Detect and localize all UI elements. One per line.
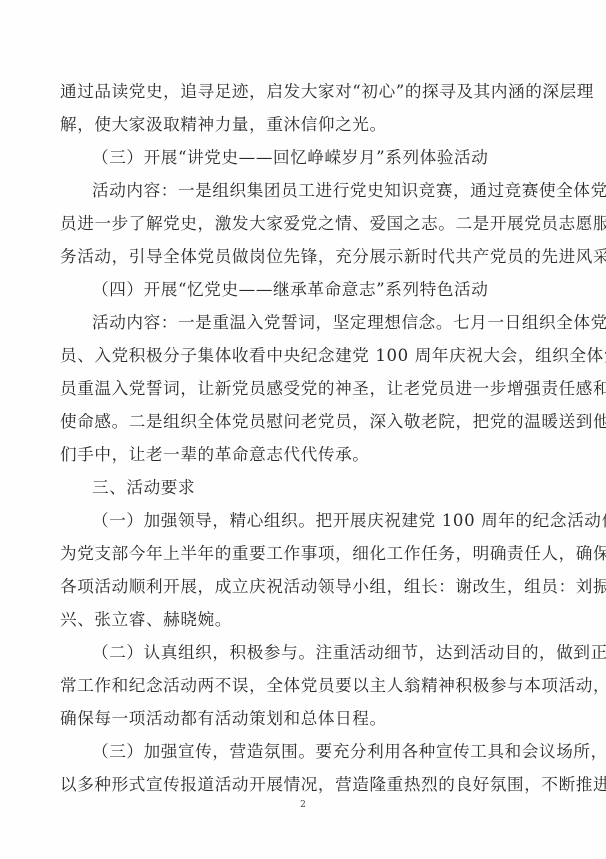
- text-line: 活动内容：一是重温入党誓词，坚定理想信念。七月一日组织全体党: [60, 306, 565, 339]
- text-line: 通过品读党史，追寻足迹，启发大家对“初心”的探寻及其内涵的深层理: [60, 75, 565, 108]
- text-line: （三）加强宣传，营造氛围。要充分利用各种宣传工具和会议场所，: [60, 735, 565, 768]
- text-line: 各项活动顺利开展，成立庆祝活动领导小组，组长：谢改生，组员：刘振: [60, 570, 565, 603]
- document-body: 通过品读党史，追寻足迹，启发大家对“初心”的探寻及其内涵的深层理 解，使大家汲取…: [60, 75, 565, 801]
- text-line: 确保每一项活动都有活动策划和总体日程。: [60, 702, 565, 735]
- document-page: 通过品读党史，追寻足迹，启发大家对“初心”的探寻及其内涵的深层理 解，使大家汲取…: [0, 0, 606, 859]
- text-line: （一）加强领导，精心组织。把开展庆祝建党 100 周年的纪念活动作: [60, 504, 565, 537]
- text-line: 员进一步了解党史，激发大家爱党之情、爱国之志。二是开展党员志愿服: [60, 207, 565, 240]
- text-line: 活动内容：一是组织集团员工进行党史知识竞赛，通过竞赛使全体党: [60, 174, 565, 207]
- text-line: 员重温入党誓词，让新党员感受党的神圣，让老党员进一步增强责任感和: [60, 372, 565, 405]
- text-line: 兴、张立睿、赫晓婉。: [60, 603, 565, 636]
- text-line: 以多种形式宣传报道活动开展情况，营造隆重热烈的良好氛围，不断推进: [60, 768, 565, 801]
- section-heading: （四）开展“忆党史——继承革命意志”系列特色活动: [60, 273, 565, 306]
- text-line: （二）认真组织，积极参与。注重活动细节，达到活动目的，做到正: [60, 636, 565, 669]
- text-line: 务活动，引导全体党员做岗位先锋，充分展示新时代共产党员的先进风采。: [60, 240, 565, 273]
- text-line: 解，使大家汲取精神力量，重沐信仰之光。: [60, 108, 565, 141]
- text-line: 员、入党积极分子集体收看中央纪念建党 100 周年庆祝大会，组织全体党: [60, 339, 565, 372]
- section-heading: 三、活动要求: [60, 471, 565, 504]
- text-line: 们手中，让老一辈的革命意志代代传承。: [60, 438, 565, 471]
- page-number: 2: [0, 800, 606, 810]
- text-line: 使命感。二是组织全体党员慰问老党员，深入敬老院，把党的温暖送到他: [60, 405, 565, 438]
- text-line: 为党支部今年上半年的重要工作事项，细化工作任务，明确责任人，确保: [60, 537, 565, 570]
- text-line: 常工作和纪念活动两不误，全体党员要以主人翁精神积极参与本项活动，: [60, 669, 565, 702]
- section-heading: （三）开展“讲党史——回忆峥嵘岁月”系列体验活动: [60, 141, 565, 174]
